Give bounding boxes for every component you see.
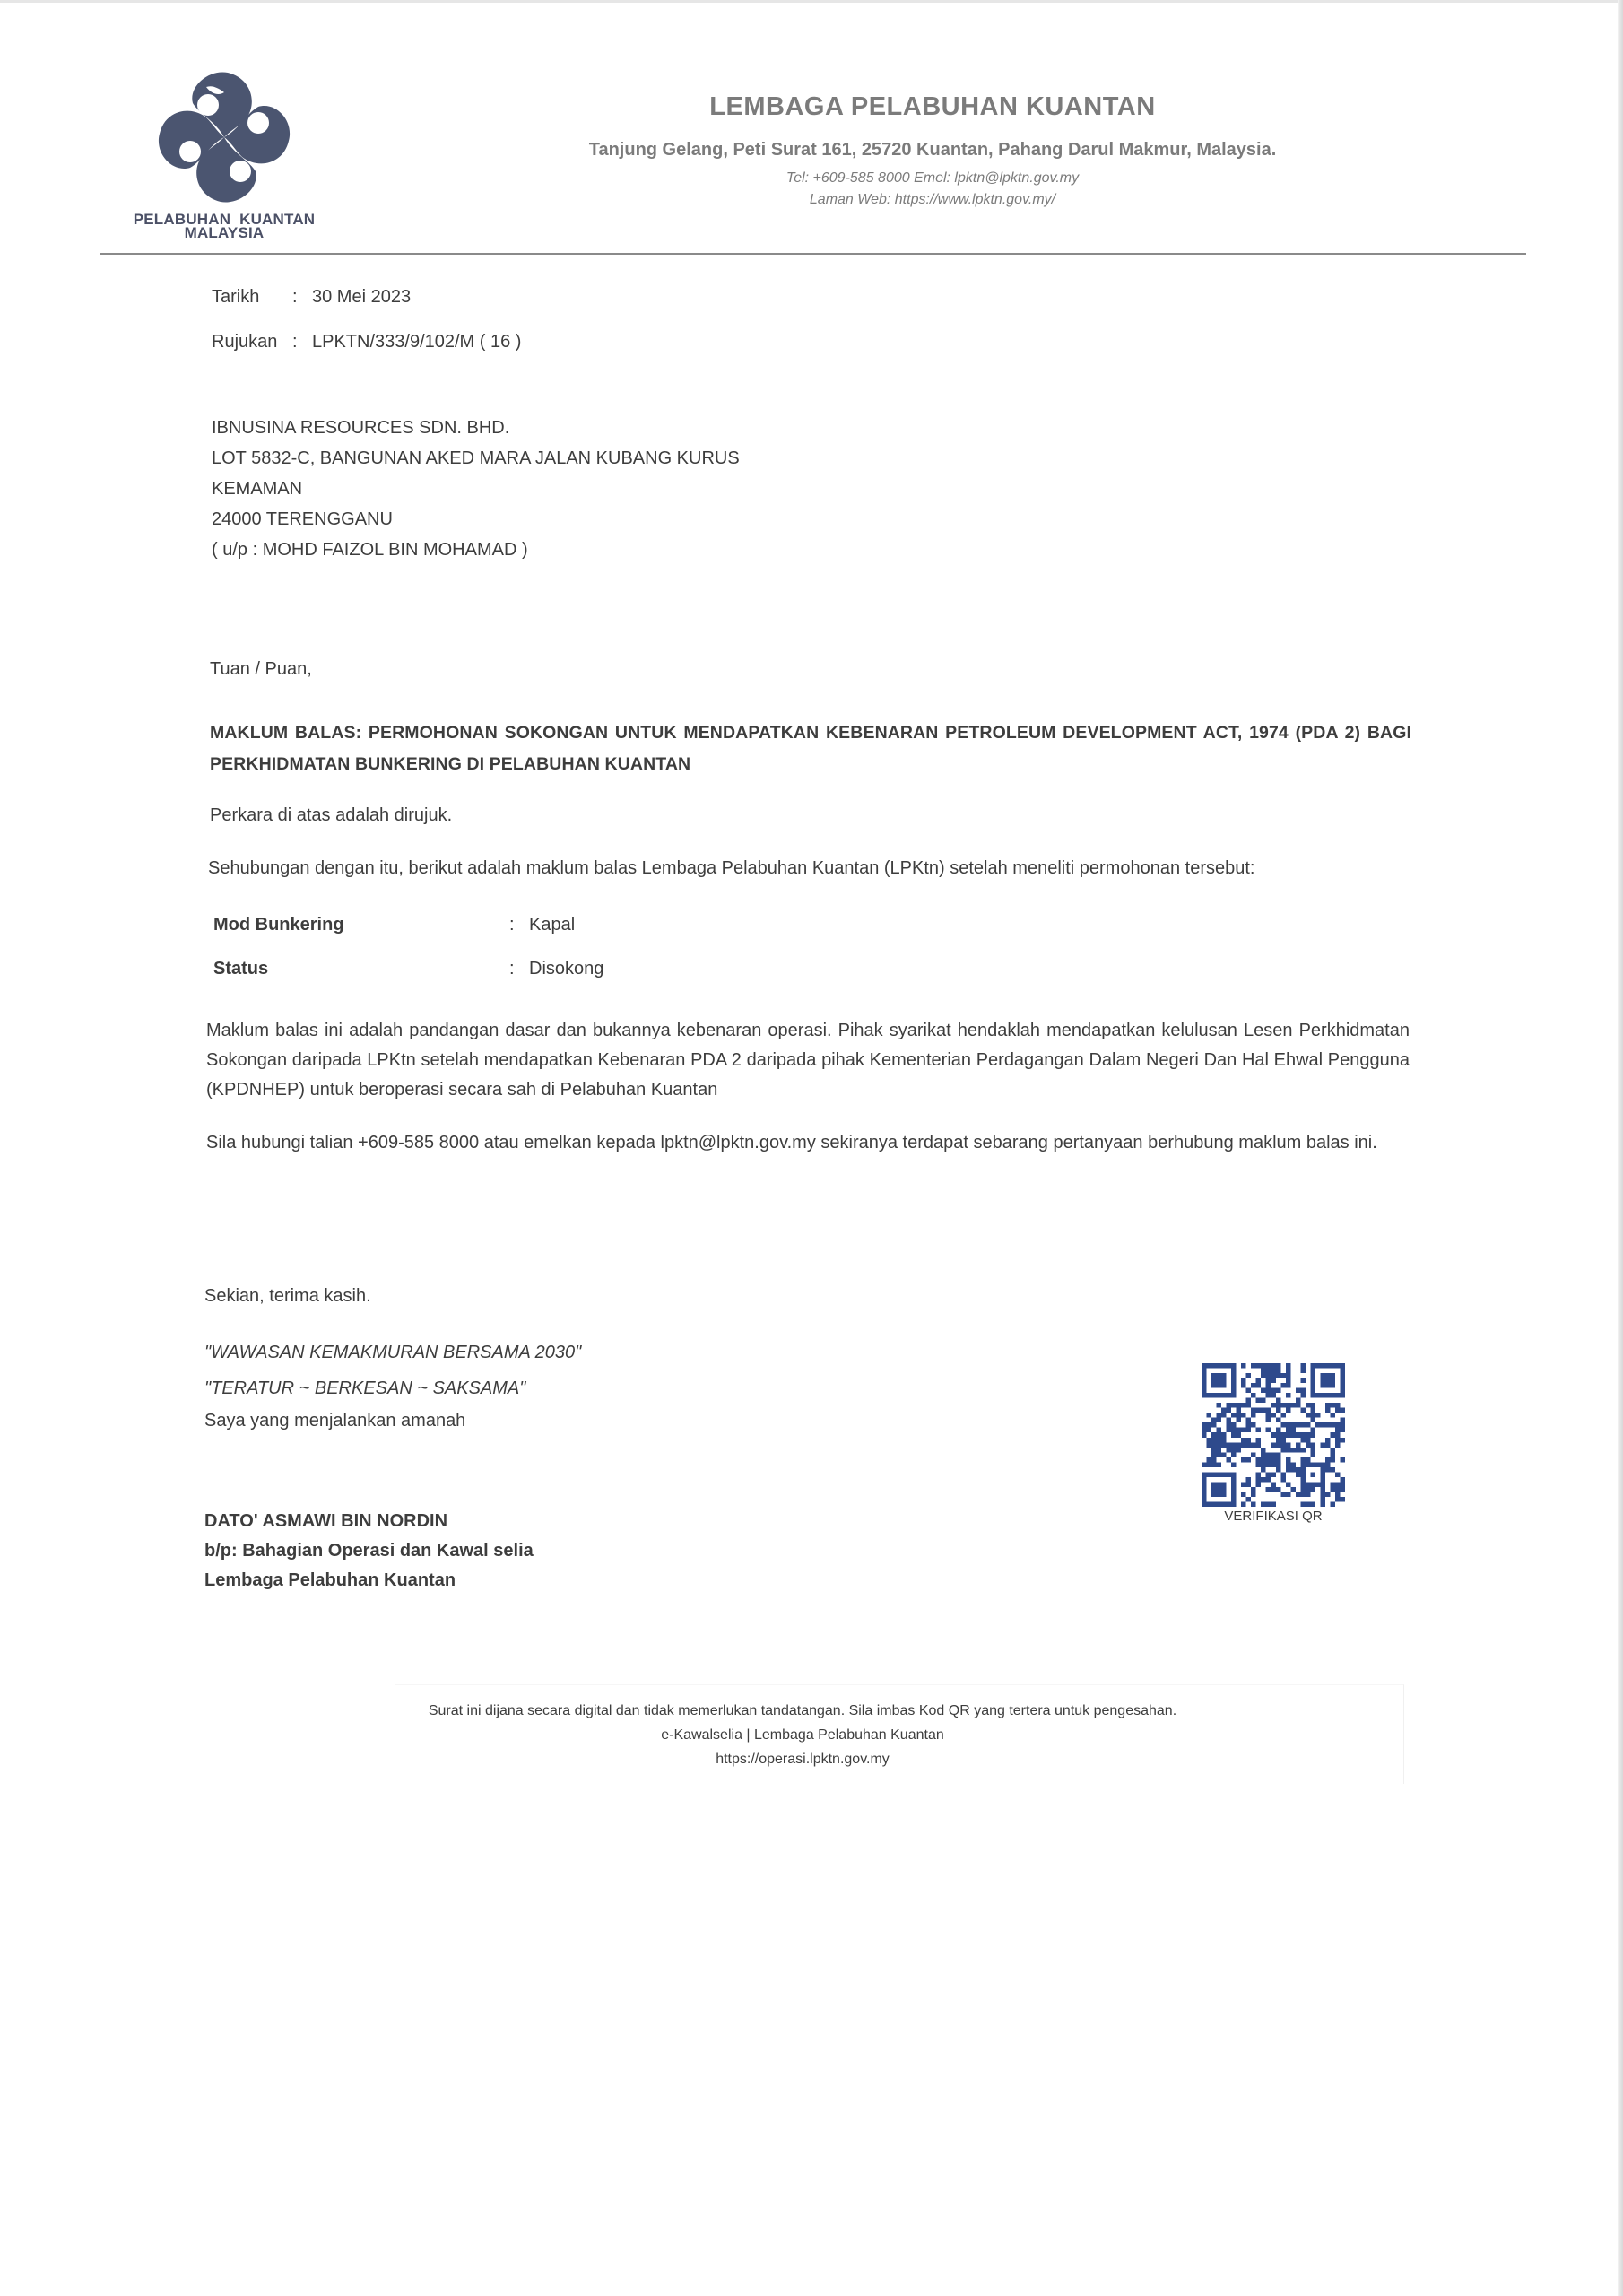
letterhead: LEMBAGA PELABUHAN KUANTAN Tanjung Gelang…	[502, 92, 1363, 211]
paragraph-contact: Sila hubungi talian +609-585 8000 atau e…	[206, 1128, 1410, 1158]
date-separator: :	[292, 287, 312, 308]
reference-separator: :	[292, 332, 312, 352]
page-right-edge	[1618, 0, 1623, 2296]
signatory-block: DATO' ASMAWI BIN NORDIN b/p: Bahagian Op…	[204, 1507, 534, 1596]
pinwheel-logo-icon	[152, 67, 296, 211]
trust-statement: Saya yang menjalankan amanah	[204, 1406, 465, 1436]
header-divider	[100, 253, 1526, 255]
salutation: Tuan / Puan,	[210, 655, 312, 684]
organization-website: Laman Web: https://www.lpktn.gov.my/	[502, 189, 1363, 211]
detail-separator: :	[509, 959, 529, 979]
organization-logo: PELABUHAN KUANTAN MALAYSIA	[126, 67, 323, 247]
motto: "WAWASAN KEMAKMURAN BERSAMA 2030" "TERAT…	[204, 1335, 581, 1406]
verification-qr[interactable]: VERIFIKASI QR	[1200, 1363, 1347, 1524]
footer-system: e-Kawalselia | Lembaga Pelabuhan Kuantan	[377, 1723, 1228, 1747]
digital-signature-footer: Surat ini dijana secara digital dan tida…	[377, 1699, 1228, 1771]
organization-address: Tanjung Gelang, Peti Surat 161, 25720 Ku…	[502, 140, 1363, 161]
signatory-name: DATO' ASMAWI BIN NORDIN	[204, 1507, 534, 1536]
footer-notice: Surat ini dijana secara digital dan tida…	[377, 1699, 1228, 1723]
recipient-attention: ( u/p : MOHD FAIZOL BIN MOHAMAD )	[212, 535, 740, 565]
letter-subject: MAKLUM BALAS: PERMOHONAN SOKONGAN UNTUK …	[210, 717, 1411, 780]
date-value: 30 Mei 2023	[312, 287, 411, 307]
reference-row: Rujukan:LPKTN/333/9/102/M ( 16 )	[212, 332, 521, 352]
qr-caption: VERIFIKASI QR	[1200, 1509, 1347, 1524]
page-top-edge	[0, 0, 1623, 3]
detail-row-status: Status:Disokong	[213, 959, 603, 979]
detail-row-mode: Mod Bunkering:Kapal	[213, 915, 575, 935]
reference-label: Rujukan	[212, 332, 292, 352]
recipient-postcode-state: 24000 TERENGGANU	[212, 504, 740, 535]
detail-key: Status	[213, 959, 509, 979]
recipient-city: KEMAMAN	[212, 474, 740, 504]
organization-contact: Tel: +609-585 8000 Emel: lpktn@lpktn.gov…	[502, 168, 1363, 189]
paragraph-intro: Sehubungan dengan itu, berikut adalah ma…	[208, 854, 1254, 883]
signatory-organization: Lembaga Pelabuhan Kuantan	[204, 1566, 534, 1596]
logo-caption: PELABUHAN KUANTAN MALAYSIA	[126, 213, 323, 239]
recipient-company: IBNUSINA RESOURCES SDN. BHD.	[212, 413, 740, 443]
motto-line2: "TERATUR ~ BERKESAN ~ SAKSAMA"	[204, 1370, 581, 1406]
footer-url[interactable]: https://operasi.lpktn.gov.my	[377, 1747, 1228, 1771]
status-value: Disokong	[529, 959, 603, 978]
organization-name: LEMBAGA PELABUHAN KUANTAN	[502, 92, 1363, 122]
date-row: Tarikh:30 Mei 2023	[212, 287, 411, 308]
detail-separator: :	[509, 915, 529, 935]
reference-value: LPKTN/333/9/102/M ( 16 )	[312, 332, 521, 352]
paragraph-reference: Perkara di atas adalah dirujuk.	[210, 801, 452, 831]
motto-line1: "WAWASAN KEMAKMURAN BERSAMA 2030"	[204, 1335, 581, 1370]
signatory-division: b/p: Bahagian Operasi dan Kawal selia	[204, 1536, 534, 1566]
recipient-street: LOT 5832-C, BANGUNAN AKED MARA JALAN KUB…	[212, 443, 740, 474]
detail-key: Mod Bunkering	[213, 915, 509, 935]
closing: Sekian, terima kasih.	[204, 1282, 371, 1311]
qr-code-icon[interactable]	[1202, 1363, 1345, 1507]
paragraph-conditions: Maklum balas ini adalah pandangan dasar …	[206, 1016, 1410, 1105]
detail-value: Kapal	[529, 915, 575, 935]
recipient-address: IBNUSINA RESOURCES SDN. BHD. LOT 5832-C,…	[212, 413, 740, 565]
date-label: Tarikh	[212, 287, 292, 308]
logo-caption-line2: MALAYSIA	[126, 226, 323, 239]
